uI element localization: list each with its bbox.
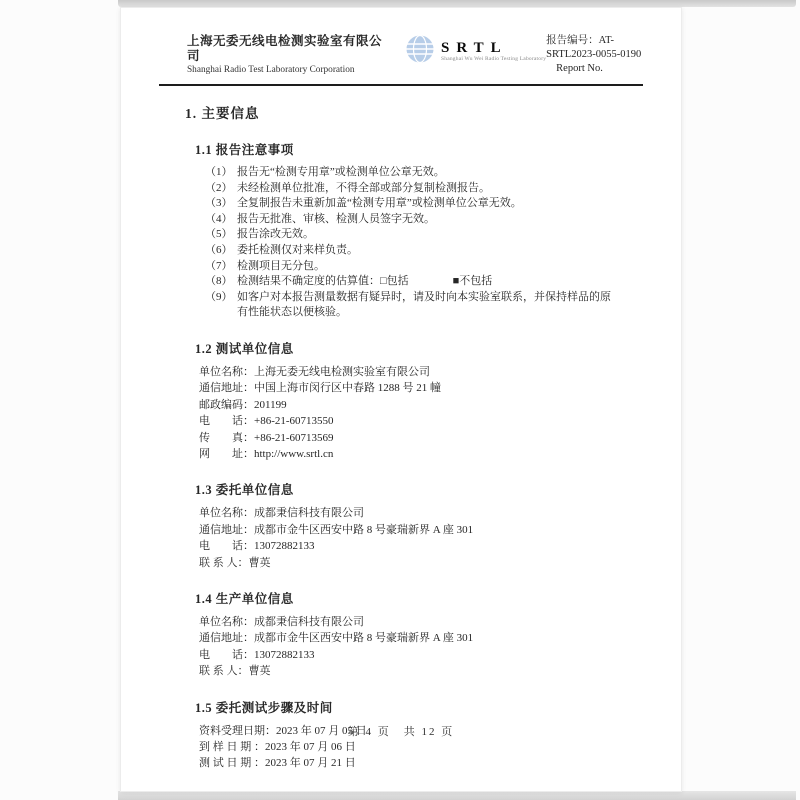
info-row: 邮政编码：201199 bbox=[199, 397, 643, 413]
logo-subtext: Shanghai Wu Wei Radio Testing Laboratory bbox=[441, 56, 546, 63]
info-label: 通信地址： bbox=[199, 380, 254, 396]
info-label: 网 址： bbox=[199, 446, 254, 462]
info-value: 成都秉信科技有限公司 bbox=[254, 614, 364, 630]
note-text: 检测项目无分包。 bbox=[237, 259, 325, 275]
section-1-3-title: 1.3 委托单位信息 bbox=[195, 480, 643, 498]
logo-text: SRTL bbox=[441, 40, 546, 56]
note-text: 报告无“检测专用章”或检测单位公章无效。 bbox=[237, 165, 445, 181]
section-1-title: 1. 主要信息 bbox=[185, 102, 643, 122]
info-value: 上海无委无线电检测实验室有限公司 bbox=[254, 364, 430, 380]
note-text: 全复制报告未重新加盖“检测专用章”或检测单位公章无效。 bbox=[237, 196, 522, 212]
report-notes-list: （1）报告无“检测专用章”或检测单位公章无效。 （2）未经检测单位批准，不得全部… bbox=[205, 165, 643, 321]
note-number: （5） bbox=[205, 227, 237, 243]
info-row: 电 话：13072882133 bbox=[199, 647, 643, 663]
info-value: +86-21-60713569 bbox=[254, 430, 334, 446]
lab-name-en: Shanghai Radio Test Laboratory Corporati… bbox=[187, 64, 391, 77]
info-value: 曹英 bbox=[249, 555, 271, 571]
info-label: 电 话： bbox=[199, 647, 254, 663]
document-header: 上海无委无线电检测实验室有限公司 Shanghai Radio Test Lab… bbox=[159, 34, 643, 77]
report-page: 上海无委无线电检测实验室有限公司 Shanghai Radio Test Lab… bbox=[120, 7, 682, 792]
note-item: （9）如客户对本报告测量数据有疑异时，请及时向本实验室联系，并保持样品的原有性能… bbox=[205, 290, 643, 321]
info-label: 联 系 人： bbox=[199, 663, 249, 679]
page-footer: 第 4 页 共 12 页 bbox=[121, 723, 681, 739]
section-1-1-title: 1.1 报告注意事项 bbox=[195, 140, 643, 158]
note-text-with-checkboxes: 检测结果不确定度的估算值：□包括 ■不包括 bbox=[237, 274, 492, 290]
info-row: 单位名称：成都秉信科技有限公司 bbox=[199, 614, 643, 630]
info-label: 通信地址： bbox=[199, 630, 254, 646]
note-item-uncertainty: （8）检测结果不确定度的估算值：□包括 ■不包括 bbox=[205, 274, 643, 290]
section-1-2-title: 1.2 测试单位信息 bbox=[195, 339, 643, 357]
info-label: 邮政编码： bbox=[199, 397, 254, 413]
note-text: 未经检测单位批准，不得全部或部分复制检测报告。 bbox=[237, 181, 490, 197]
info-value: 2023 年 07 月 06 日 bbox=[265, 739, 356, 755]
globe-icon bbox=[405, 34, 437, 69]
logo-text-block: SRTL Shanghai Wu Wei Radio Testing Labor… bbox=[441, 40, 546, 63]
scan-edge-bottom bbox=[118, 791, 796, 800]
info-value: +86-21-60713550 bbox=[254, 413, 334, 429]
info-label: 通信地址： bbox=[199, 522, 254, 538]
info-value: 中国上海市闵行区中春路 1288 号 21 幢 bbox=[254, 380, 441, 396]
info-row: 电 话：+86-21-60713550 bbox=[199, 413, 643, 429]
info-value: 2023 年 07 月 21 日 bbox=[265, 755, 356, 771]
test-unit-info: 单位名称：上海无委无线电检测实验室有限公司 通信地址：中国上海市闵行区中春路 1… bbox=[199, 364, 643, 462]
note-item: （6）委托检测仅对来样负责。 bbox=[205, 243, 643, 259]
info-row: 网 址：http://www.srtl.cn bbox=[199, 446, 643, 462]
section-1-5-title: 1.5 委托测试步骤及时间 bbox=[195, 698, 643, 716]
info-row: 电 话：13072882133 bbox=[199, 538, 643, 554]
info-label: 单位名称： bbox=[199, 614, 254, 630]
note-item: （5）报告涂改无效。 bbox=[205, 227, 643, 243]
info-row: 通信地址：成都市金牛区西安中路 8 号豪瑞新界 A 座 301 bbox=[199, 630, 643, 646]
lab-name-cn: 上海无委无线电检测实验室有限公司 bbox=[187, 34, 391, 64]
info-label: 传 真： bbox=[199, 430, 254, 446]
info-label: 电 话： bbox=[199, 413, 254, 429]
info-label: 到 样 日 期 ： bbox=[199, 739, 265, 755]
note-text: 报告无批准、审核、检测人员签字无效。 bbox=[237, 212, 435, 228]
report-number-en: Report No. bbox=[546, 62, 643, 76]
note-number: （1） bbox=[205, 165, 237, 181]
info-label: 单位名称： bbox=[199, 364, 254, 380]
note-number: （8） bbox=[205, 274, 237, 290]
scan-edge-top bbox=[118, 0, 796, 7]
info-row: 测 试 日 期 ：2023 年 07 月 21 日 bbox=[199, 755, 643, 771]
note-number: （9） bbox=[205, 290, 237, 321]
srtl-logo: SRTL Shanghai Wu Wei Radio Testing Labor… bbox=[405, 34, 546, 69]
info-row: 到 样 日 期 ：2023 年 07 月 06 日 bbox=[199, 739, 643, 755]
note-number: （3） bbox=[205, 196, 237, 212]
info-row: 单位名称：成都秉信科技有限公司 bbox=[199, 505, 643, 521]
note-item: （7）检测项目无分包。 bbox=[205, 259, 643, 275]
note-text: 如客户对本报告测量数据有疑异时，请及时向本实验室联系，并保持样品的原有性能状态以… bbox=[237, 290, 619, 321]
info-row: 联 系 人：曹英 bbox=[199, 555, 643, 571]
info-value: 曹英 bbox=[249, 663, 271, 679]
note-text: 委托检测仅对来样负责。 bbox=[237, 243, 358, 259]
info-row: 通信地址：成都市金牛区西安中路 8 号豪瑞新界 A 座 301 bbox=[199, 522, 643, 538]
info-row: 通信地址：中国上海市闵行区中春路 1288 号 21 幢 bbox=[199, 380, 643, 396]
info-value: 13072882133 bbox=[254, 647, 315, 663]
note-item: （4）报告无批准、审核、检测人员签字无效。 bbox=[205, 212, 643, 228]
note-item: （2）未经检测单位批准，不得全部或部分复制检测报告。 bbox=[205, 181, 643, 197]
note-number: （7） bbox=[205, 259, 237, 275]
info-value: 成都秉信科技有限公司 bbox=[254, 505, 364, 521]
note-number: （2） bbox=[205, 181, 237, 197]
info-value: 成都市金牛区西安中路 8 号豪瑞新界 A 座 301 bbox=[254, 522, 473, 538]
client-unit-info: 单位名称：成都秉信科技有限公司 通信地址：成都市金牛区西安中路 8 号豪瑞新界 … bbox=[199, 505, 643, 571]
info-value: 201199 bbox=[254, 397, 287, 413]
note-number: （6） bbox=[205, 243, 237, 259]
manufacturer-unit-info: 单位名称：成都秉信科技有限公司 通信地址：成都市金牛区西安中路 8 号豪瑞新界 … bbox=[199, 614, 643, 680]
note-text: 报告涂改无效。 bbox=[237, 227, 314, 243]
info-row: 联 系 人：曹英 bbox=[199, 663, 643, 679]
section-1-4-title: 1.4 生产单位信息 bbox=[195, 589, 643, 607]
header-rule bbox=[159, 84, 643, 86]
note-item: （1）报告无“检测专用章”或检测单位公章无效。 bbox=[205, 165, 643, 181]
report-number-block: 报告编号：AT-SRTL2023-0055-0190 Report No. bbox=[546, 34, 643, 76]
note-number: （4） bbox=[205, 212, 237, 228]
info-row: 传 真：+86-21-60713569 bbox=[199, 430, 643, 446]
lab-name-block: 上海无委无线电检测实验室有限公司 Shanghai Radio Test Lab… bbox=[187, 34, 391, 77]
note-item: （3）全复制报告未重新加盖“检测专用章”或检测单位公章无效。 bbox=[205, 196, 643, 212]
info-label: 单位名称： bbox=[199, 505, 254, 521]
website-url: http://www.srtl.cn bbox=[254, 446, 333, 462]
report-number: 报告编号：AT-SRTL2023-0055-0190 bbox=[546, 34, 643, 62]
info-label: 联 系 人： bbox=[199, 555, 249, 571]
info-row: 单位名称：上海无委无线电检测实验室有限公司 bbox=[199, 364, 643, 380]
info-label: 电 话： bbox=[199, 538, 254, 554]
info-label: 测 试 日 期 ： bbox=[199, 755, 265, 771]
info-value: 13072882133 bbox=[254, 538, 315, 554]
info-value: 成都市金牛区西安中路 8 号豪瑞新界 A 座 301 bbox=[254, 630, 473, 646]
